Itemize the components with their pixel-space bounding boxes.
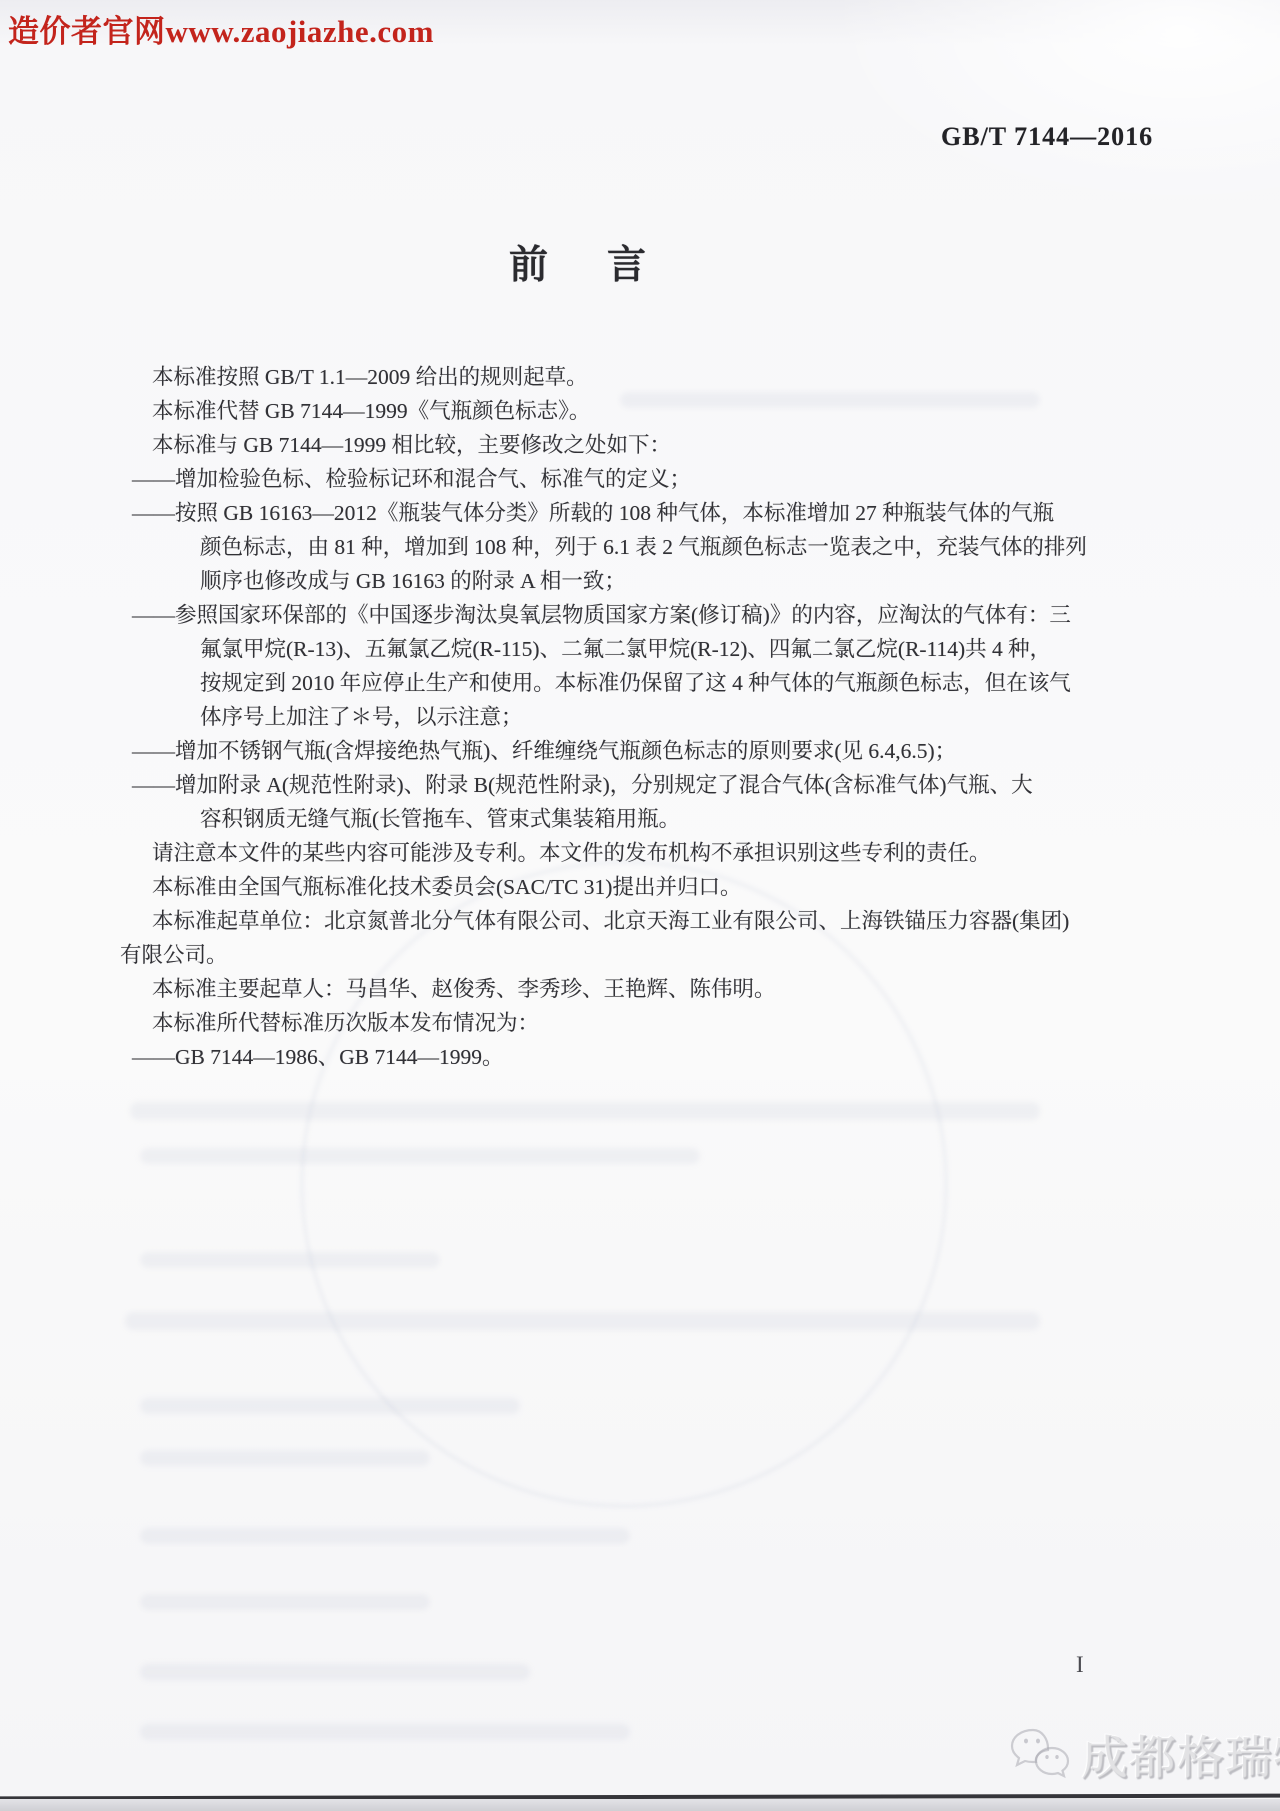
text-line: 颜色标志，由 81 种，增加到 108 种，列于 6.1 表 2 气瓶颜色标志一…	[120, 530, 1050, 564]
text-line: ——增加检验色标、检验标记环和混合气、标准气的定义；	[120, 462, 1050, 496]
bleed-through-artifact	[125, 1312, 1040, 1330]
text-line: 本标准与 GB 7144—1999 相比较，主要修改之处如下：	[120, 428, 1050, 462]
bleed-through-artifact	[130, 1102, 1040, 1120]
text-line: 本标准按照 GB/T 1.1—2009 给出的规则起草。	[120, 360, 1050, 394]
text-line: ——参照国家环保部的《中国逐步淘汰臭氧层物质国家方案(修订稿)》的内容，应淘汰的…	[120, 598, 1050, 632]
corner-watermark: 成都格瑞特	[1008, 1722, 1280, 1788]
text-line: ——增加附录 A(规范性附录)、附录 B(规范性附录)，分别规定了混合气体(含标…	[120, 768, 1050, 802]
page-title: 前 言	[0, 234, 1165, 290]
text-line: 氟氯甲烷(R-13)、五氟氯乙烷(R-115)、二氟二氯甲烷(R-12)、四氟二…	[120, 632, 1050, 666]
bleed-through-artifact	[140, 1450, 430, 1466]
bleed-through-artifact	[620, 392, 1040, 408]
text-line: 体序号上加注了＊号，以示注意；	[120, 700, 1050, 734]
page-number: I	[1076, 1652, 1085, 1678]
bleed-through-artifact	[140, 1664, 530, 1680]
standard-number: GB/T 7144—2016	[941, 122, 1153, 152]
text-line: ——按照 GB 16163—2012《瓶装气体分类》所载的 108 种气体，本标…	[120, 496, 1050, 530]
scan-below-edge	[0, 1799, 1280, 1811]
bleed-through-artifact	[140, 1594, 430, 1610]
bleed-through-artifact	[140, 1252, 440, 1268]
bleed-through-artifact	[140, 1528, 630, 1544]
bleed-through-artifact	[140, 1398, 520, 1414]
wechat-icon	[1008, 1726, 1074, 1785]
text-line: 按规定到 2010 年应停止生产和使用。本标准仍保留了这 4 种气体的气瓶颜色标…	[120, 666, 1050, 700]
bleed-through-artifact	[140, 1148, 700, 1164]
text-line: 容积钢质无缝气瓶(长管拖车、管束式集装箱用瓶。	[120, 802, 1050, 836]
site-banner: 造价者官网www.zaojiazhe.com	[8, 6, 434, 51]
scanned-document-page: 造价者官网www.zaojiazhe.com GB/T 7144—2016 前 …	[0, 0, 1280, 1811]
watermark-text: 成都格瑞特	[1082, 1722, 1280, 1788]
text-line: 顺序也修改成与 GB 16163 的附录 A 相一致；	[120, 564, 1050, 598]
bleed-through-artifact	[140, 1724, 630, 1740]
text-line: ——增加不锈钢气瓶(含焊接绝热气瓶)、纤维缠绕气瓶颜色标志的原则要求(见 6.4…	[120, 734, 1050, 768]
